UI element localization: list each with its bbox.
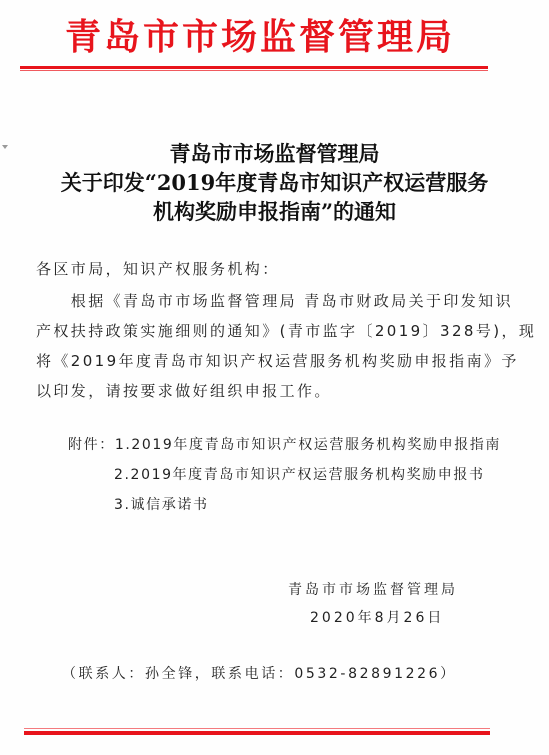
masthead-rule-thin	[20, 70, 488, 71]
body-paragraph: 根据《青岛市市场监督管理局 青岛市财政局关于印发知识 产权扶持政策实施细则的通知…	[36, 286, 486, 406]
paragraph-line: 以印发，请按要求做好组织申报工作。	[36, 376, 486, 406]
document-page: 青岛市市场监督管理局 青岛市市场监督管理局 关于印发“2019年度青岛市知识产权…	[0, 0, 549, 755]
paragraph-line: 产权扶持政策实施细则的通知》(青市监字〔2019〕328号)，现	[36, 316, 486, 346]
document-title: 青岛市市场监督管理局 关于印发“2019年度青岛市知识产权运营服务 机构奖励申报…	[0, 139, 549, 226]
signature-date: 2020年8月26日	[280, 604, 458, 632]
signature-block: 青岛市市场监督管理局 2020年8月26日	[280, 576, 458, 632]
footer-red-rule	[24, 728, 490, 736]
attachment-item: 2.2019年度青岛市知识产权运营服务机构奖励申报书	[68, 460, 501, 490]
title-line-2: 关于印发“2019年度青岛市知识产权运营服务	[0, 168, 549, 197]
footer-rule-thick	[24, 731, 490, 735]
masthead-red-rule	[20, 66, 488, 72]
attachment-item-text: 1.2019年度青岛市知识产权运营服务机构奖励申报指南	[115, 437, 501, 453]
masthead-agency-name: 青岛市市场监督管理局	[40, 14, 480, 60]
masthead-rule-thick	[20, 66, 488, 69]
paragraph-line: 将《2019年度青岛市知识产权运营服务机构奖励申报指南》予	[36, 346, 486, 376]
contact-info: （联系人：孙全锋，联系电话：0532-82891226）	[62, 663, 457, 683]
signature-organization: 青岛市市场监督管理局	[280, 576, 458, 604]
attachment-item: 附件：1.2019年度青岛市知识产权运营服务机构奖励申报指南	[68, 430, 501, 460]
attachment-item: 3.诚信承诺书	[68, 490, 501, 520]
footer-rule-thin	[24, 728, 490, 729]
title-line-3: 机构奖励申报指南”的通知	[0, 197, 549, 226]
paragraph-line: 根据《青岛市市场监督管理局 青岛市财政局关于印发知识	[36, 286, 486, 316]
title-line-1: 青岛市市场监督管理局	[0, 139, 549, 168]
attachments-label: 附件：	[68, 437, 115, 453]
attachments-list: 附件：1.2019年度青岛市知识产权运营服务机构奖励申报指南 2.2019年度青…	[68, 430, 501, 520]
salutation: 各区市局，知识产权服务机构：	[36, 258, 486, 279]
